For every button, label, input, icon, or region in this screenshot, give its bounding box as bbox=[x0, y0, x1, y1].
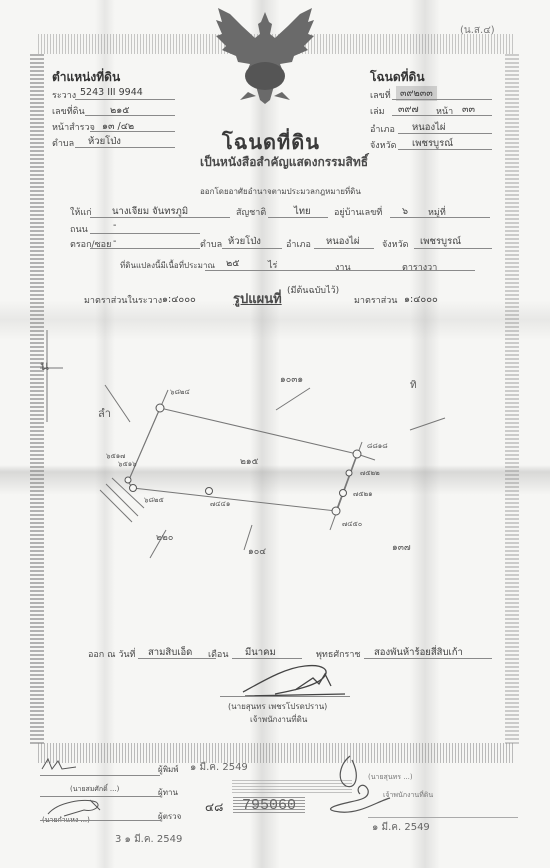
nationality-label: สัญชาติ bbox=[236, 205, 266, 219]
owner-province-label: จังหวัด bbox=[382, 237, 409, 251]
neighbor-label-0: ลำ bbox=[98, 407, 111, 420]
owner-province-value: เพชรบูรณ์ bbox=[420, 234, 461, 249]
sheet-scale-value: ๑:๔๐๐๐ bbox=[162, 292, 196, 307]
issued-on-label: ออก ณ วันที่ bbox=[88, 647, 135, 661]
right-stamp-date: ๑ มี.ค. 2549 bbox=[372, 820, 430, 835]
neighbor-label-1: ๑๐๓๑ bbox=[280, 375, 303, 385]
official-signature-icon bbox=[320, 750, 430, 820]
right-province-label: จังหวัด bbox=[370, 138, 397, 152]
title-deed-heading-right: โฉนดที่ดิน bbox=[370, 68, 425, 87]
neighbor-label-4: ๑๐๔ bbox=[248, 547, 266, 557]
owner-tambon-label: ตำบล bbox=[200, 237, 222, 251]
right-stamp-role: เจ้าพนักงานที่ดิน bbox=[383, 790, 433, 801]
house-number-label: อยู่บ้านเลขที่ bbox=[334, 205, 382, 219]
peg-label-8: ๘๘๑๘ bbox=[367, 442, 388, 450]
officer-title: เจ้าพนักงานที่ดิน bbox=[250, 713, 307, 726]
land-number-label: เลขที่ดิน bbox=[52, 104, 85, 118]
form-code: (น.ส.๔) bbox=[460, 23, 495, 38]
area-wa-label: ตารางวา bbox=[402, 260, 437, 274]
map-scale-label: มาตราส่วน bbox=[354, 293, 397, 307]
issue-month-label: เดือน bbox=[208, 647, 228, 661]
area-rai-value: ๒๕ bbox=[226, 256, 239, 271]
owner-amphoe-value: หนองไผ่ bbox=[326, 234, 359, 249]
peg-label-0: ๖๘๒๔ bbox=[170, 388, 190, 396]
printer-name: (นายสมศักดิ์ ...) bbox=[70, 784, 119, 795]
road-value: - bbox=[113, 220, 116, 231]
decorative-border-bottom bbox=[38, 743, 514, 763]
neighbor-label-5: ๑๓๗ bbox=[392, 543, 411, 553]
left-tambon-label: ตำบล bbox=[52, 136, 74, 150]
peg-label-2: ๖๘๒๕ bbox=[144, 496, 164, 504]
north-label: น bbox=[40, 359, 49, 374]
issue-year-label: พุทธศักราช bbox=[316, 647, 361, 661]
neighbor-label-3: ๒๒๐ bbox=[156, 533, 173, 543]
owner-amphoe-label: อำเภอ bbox=[286, 237, 311, 251]
owner-label: ให้แก่ bbox=[70, 205, 92, 219]
right-amphoe-label: อำเภอ bbox=[370, 122, 395, 136]
stamp-date-2: 3 ๑ มี.ค. 2549 bbox=[115, 832, 182, 847]
peg-label-7: ๖๕๑๗ bbox=[106, 452, 125, 460]
row-label-printer: ผู้พิมพ์ bbox=[158, 763, 179, 776]
map-note: (มีต้นฉบับไว้) bbox=[287, 283, 339, 297]
peg-label-5: ๗๕๒๑ bbox=[353, 490, 373, 498]
area-ngan-label: งาน bbox=[335, 260, 351, 274]
ravang-value: 5243 III 9944 bbox=[80, 87, 143, 98]
soi-value: - bbox=[113, 236, 116, 247]
neighbor-label-6: ทิ bbox=[410, 380, 417, 391]
serial-number: 795060 bbox=[233, 797, 305, 815]
neighbor-label-2: ๒๑๕ bbox=[240, 457, 259, 467]
authority-line: ออกโดยอาศัยอำนาจตามประมวลกฎหมายที่ดิน bbox=[200, 185, 361, 198]
map-scale-value: ๑:๔๐๐๐ bbox=[404, 292, 438, 307]
right-stamp-name: (นายสุนทร ...) bbox=[368, 772, 413, 783]
deed-number-label: เลขที่ bbox=[370, 88, 391, 102]
scanned-deed-page: (น.ส.๔) ตำแหน่งที่ดิน ระวาง 5243 III 994… bbox=[0, 0, 550, 868]
main-subtitle: เป็นหนังสือสำคัญแสดงกรรมสิทธิ์ bbox=[200, 153, 368, 172]
peg-label-4: ๗๔๕๐ bbox=[342, 520, 362, 528]
row-label-checker: ผู้ตรวจ bbox=[158, 810, 181, 823]
volume-label: เล่ม bbox=[370, 104, 385, 118]
peg-label-3: ๗๔๔๑ bbox=[210, 500, 230, 508]
volume-number: ๔๘ bbox=[205, 798, 223, 817]
sheet-scale-label: มาตราส่วนในระวาง bbox=[84, 293, 162, 307]
land-location-heading: ตำแหน่งที่ดิน bbox=[52, 68, 120, 87]
garuda-emblem-icon bbox=[200, 4, 330, 106]
map-title: รูปแผนที่ bbox=[233, 288, 282, 309]
survey-page-label: หน้าสำรวจ bbox=[52, 120, 95, 134]
officer-signature-icon bbox=[235, 660, 355, 700]
row-label-reviewer: ผู้ทาน bbox=[158, 786, 178, 799]
peg-label-6: ๗๕๒๒ bbox=[360, 469, 380, 477]
area-label: ที่ดินแปลงนี้มีเนื้อที่ประมาณ bbox=[120, 259, 215, 272]
owner-tambon-value: ห้วยโป่ง bbox=[228, 234, 261, 249]
parcel-map: น ลำ ๑๐๓๑ ๒๑๕ ๒๒๐ ๑๐๔ ๑๓๗ ทิ ๖๘๒๔ ๖๕๑๖ ๖… bbox=[40, 330, 510, 560]
officer-name: (นายสุนทร เพชรโปรดปราน) bbox=[228, 700, 327, 713]
peg-label-1: ๖๕๑๖ bbox=[118, 460, 137, 468]
printer-initials-icon bbox=[40, 755, 80, 775]
road-label: ถนน bbox=[70, 222, 88, 236]
ravang-label: ระวาง bbox=[52, 88, 76, 102]
stamp-date-1: ๑ มี.ค. 2549 bbox=[190, 760, 248, 775]
area-rai-label: ไร่ bbox=[268, 258, 277, 272]
